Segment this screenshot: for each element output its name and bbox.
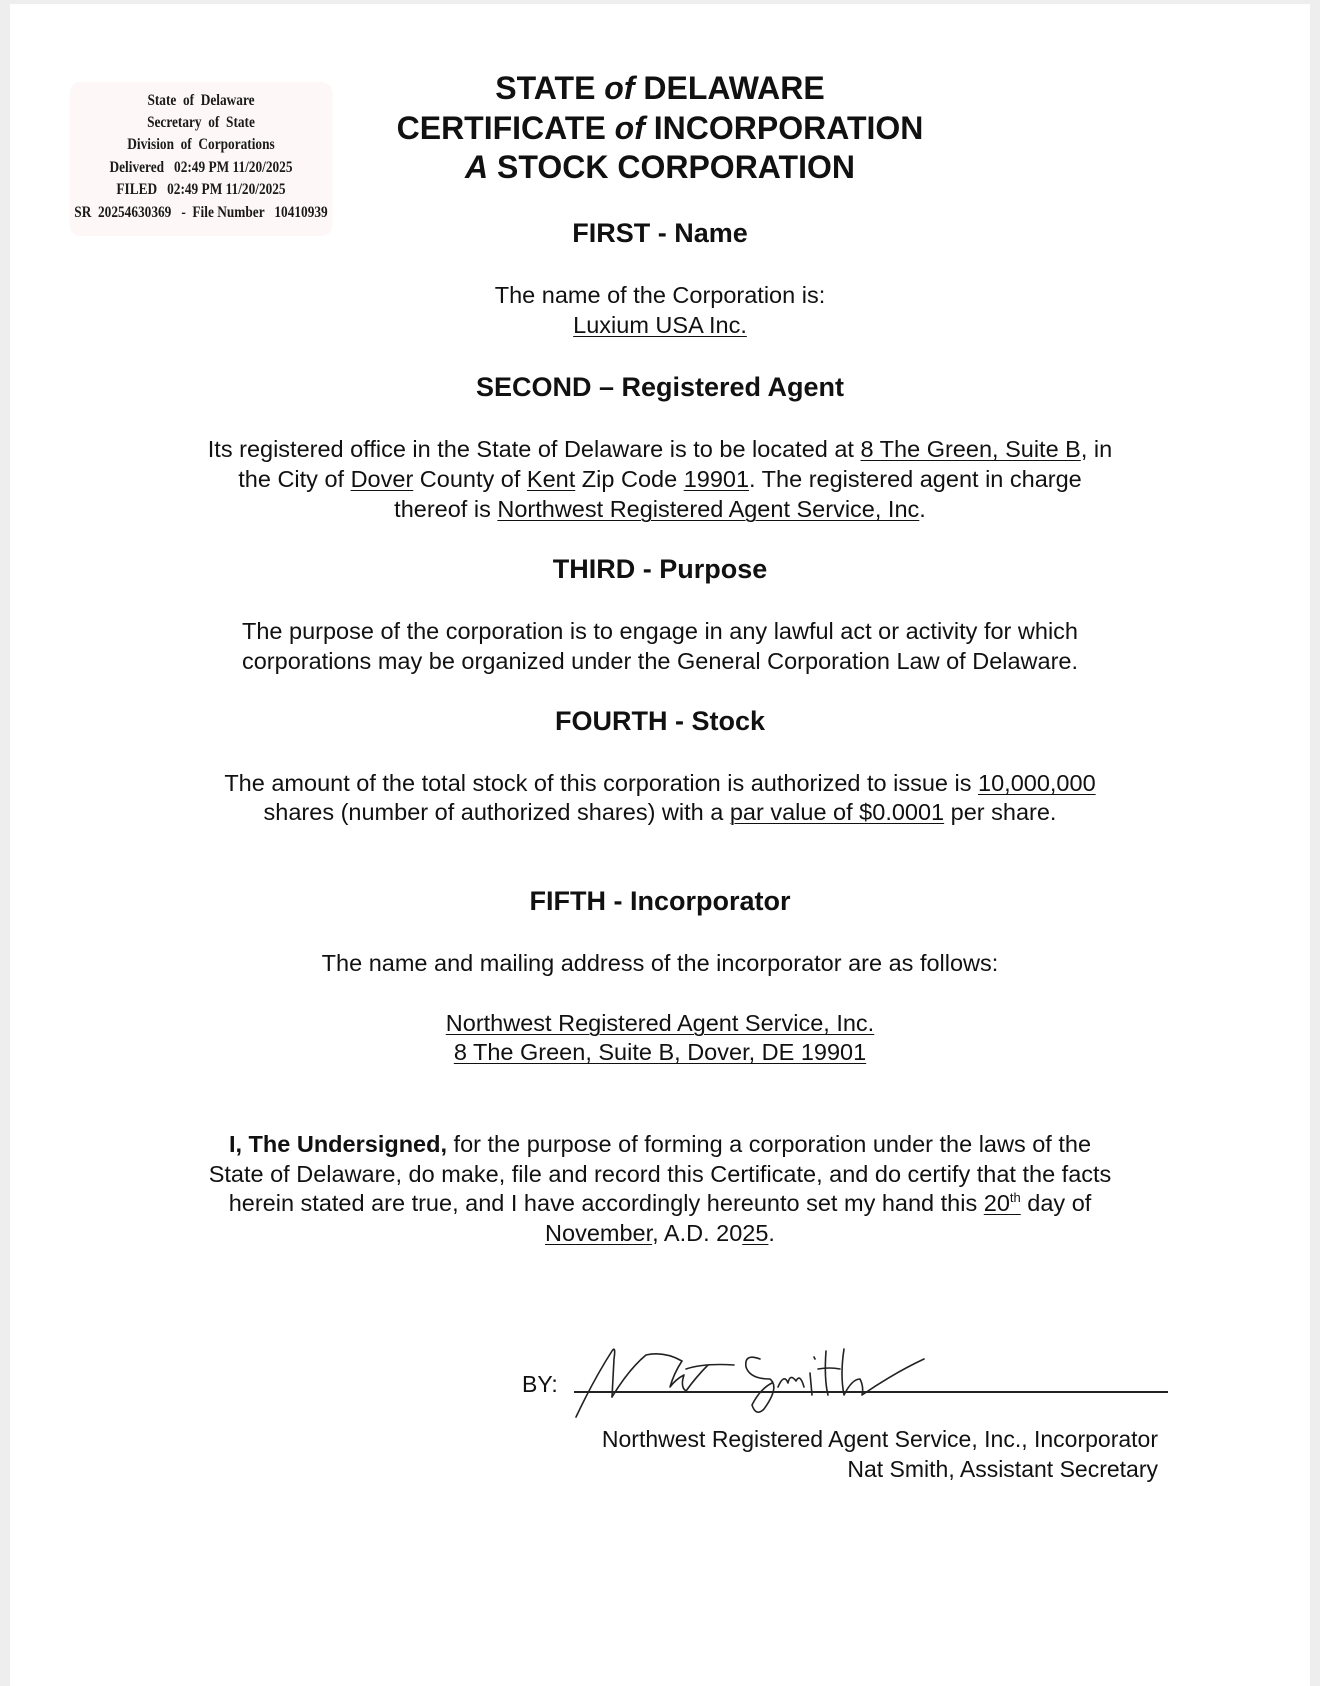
by-label: BY: — [522, 1369, 558, 1399]
attestation-text: herein stated are true, and I have accor… — [10, 1188, 1310, 1218]
registered-office-text: Its registered office in the State of De… — [10, 434, 1310, 464]
document-title: CERTIFICATE of INCORPORATION — [10, 108, 1310, 148]
section-heading-second: SECOND – Registered Agent — [10, 370, 1310, 404]
document-title: STATE of DELAWARE — [10, 68, 1310, 108]
section-heading-fourth: FOURTH - Stock — [10, 704, 1310, 738]
stock-text: The amount of the total stock of this co… — [10, 768, 1310, 798]
section-heading-third: THIRD - Purpose — [10, 552, 1310, 586]
document-subtitle: A STOCK CORPORATION — [10, 147, 1310, 187]
incorporator-intro: The name and mailing address of the inco… — [10, 948, 1310, 978]
signer-organization: Northwest Registered Agent Service, Inc.… — [602, 1424, 1158, 1454]
handwritten-signature: Nat Smith — [574, 1339, 994, 1419]
incorporator-address: 8 The Green, Suite B, Dover, DE 19901 — [10, 1037, 1310, 1067]
section-heading-fifth: FIFTH - Incorporator — [10, 884, 1310, 918]
registered-agent-text: thereof is Northwest Registered Agent Se… — [10, 494, 1310, 524]
attestation-text: I, The Undersigned, for the purpose of f… — [10, 1129, 1310, 1159]
certificate-page: State of Delaware Secretary of State Div… — [10, 4, 1310, 1686]
attestation-text: State of Delaware, do make, file and rec… — [10, 1159, 1310, 1189]
registered-office-text: the City of Dover County of Kent Zip Cod… — [10, 464, 1310, 494]
corp-name: Luxium USA Inc. — [10, 310, 1310, 340]
purpose-text: The purpose of the corporation is to eng… — [10, 616, 1310, 646]
signer-name-title: Nat Smith, Assistant Secretary — [847, 1454, 1158, 1484]
incorporator-name: Northwest Registered Agent Service, Inc. — [10, 1008, 1310, 1038]
stock-text: shares (number of authorized shares) wit… — [10, 797, 1310, 827]
purpose-text: corporations may be organized under the … — [10, 646, 1310, 676]
corp-name-intro: The name of the Corporation is: — [10, 280, 1310, 310]
section-heading-first: FIRST - Name — [10, 216, 1310, 250]
attestation-date: November, A.D. 2025. — [10, 1218, 1310, 1248]
